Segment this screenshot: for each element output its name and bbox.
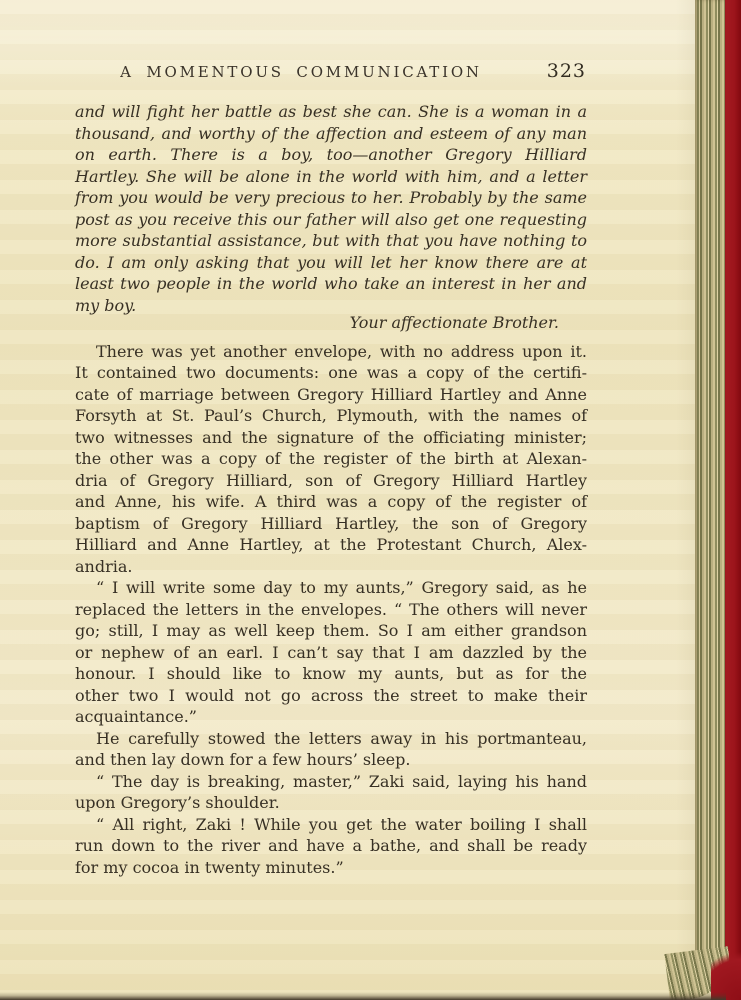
text-line: go; still, I may as well keep them. So I… [75,620,587,642]
letter-line: least two people in the world who take a… [75,273,587,295]
text-line: baptism of Gregory Hilliard Hartley, the… [75,513,587,535]
text-line: “ I will write some day to my aunts,” Gr… [75,577,587,599]
text-line: There was yet another envelope, with no … [75,341,587,363]
paragraph: “ All right, Zaki ! While you get the wa… [75,814,587,879]
text-line: and Anne, his wife. A third was a copy o… [75,491,587,513]
book-scan: A MOMENTOUS COMMUNICATION 323 and will f… [0,0,741,1000]
text-line: It contained two documents: one was a co… [75,362,587,384]
letter-excerpt: and will fight her battle as best she ca… [75,101,587,316]
letter-line: more substantial assistance, but with th… [75,230,587,252]
text-line: “ All right, Zaki ! While you get the wa… [75,814,587,836]
text-line: replaced the letters in the envelopes. “… [75,599,587,621]
cover-corner [711,940,741,1000]
text-line: Forsyth at St. Paul’s Church, Plymouth, … [75,405,587,427]
page-number: 323 [547,60,586,82]
text-line: other two I would not go across the stre… [75,685,587,707]
paragraph: “ I will write some day to my aunts,” Gr… [75,577,587,728]
text-column: A MOMENTOUS COMMUNICATION 323 and will f… [75,63,587,878]
letter-line: Hartley. She will be alone in the world … [75,166,587,188]
paragraph: He carefully stowed the letters away in … [75,728,587,771]
page-edge-stack [695,0,725,992]
body-paragraphs: There was yet another envelope, with no … [75,341,587,879]
paragraph: There was yet another envelope, with no … [75,341,587,578]
text-line: two witnesses and the signature of the o… [75,427,587,449]
letter-line: post as you receive this our father will… [75,209,587,231]
letter-line: and will fight her battle as best she ca… [75,101,587,123]
text-line: cate of marriage between Gregory Hilliar… [75,384,587,406]
text-line: or nephew of an earl. I can’t say that I… [75,642,587,664]
text-line: upon Gregory’s shoulder. [75,792,587,814]
text-line: dria of Gregory Hilliard, son of Gregory… [75,470,587,492]
text-line: run down to the river and have a bathe, … [75,835,587,857]
letter-line: do. I am only asking that you will let h… [75,252,587,274]
running-title: A MOMENTOUS COMMUNICATION [75,63,527,81]
text-line: acquaintance.” [75,706,587,728]
text-line: honour. I should like to know my aunts, … [75,663,587,685]
letter-line: from you would be very precious to her. … [75,187,587,209]
text-line: the other was a copy of the register of … [75,448,587,470]
paragraph: “ The day is breaking, master,” Zaki sai… [75,771,587,814]
page-header: A MOMENTOUS COMMUNICATION 323 [75,63,587,83]
text-line: for my cocoa in twenty minutes.” [75,857,587,879]
text-line: and then lay down for a few hours’ sleep… [75,749,587,771]
text-line: Hilliard and Anne Hartley, at the Protes… [75,534,587,556]
page-bottom-shadow [0,992,726,1000]
letter-signature: Your affectionate Brother. [75,312,587,334]
letter-line: thousand, and worthy of the affection an… [75,123,587,145]
text-line: “ The day is breaking, master,” Zaki sai… [75,771,587,793]
letter-line: on earth. There is a boy, too—another Gr… [75,144,587,166]
text-line: andria. [75,556,587,578]
text-line: He carefully stowed the letters away in … [75,728,587,750]
